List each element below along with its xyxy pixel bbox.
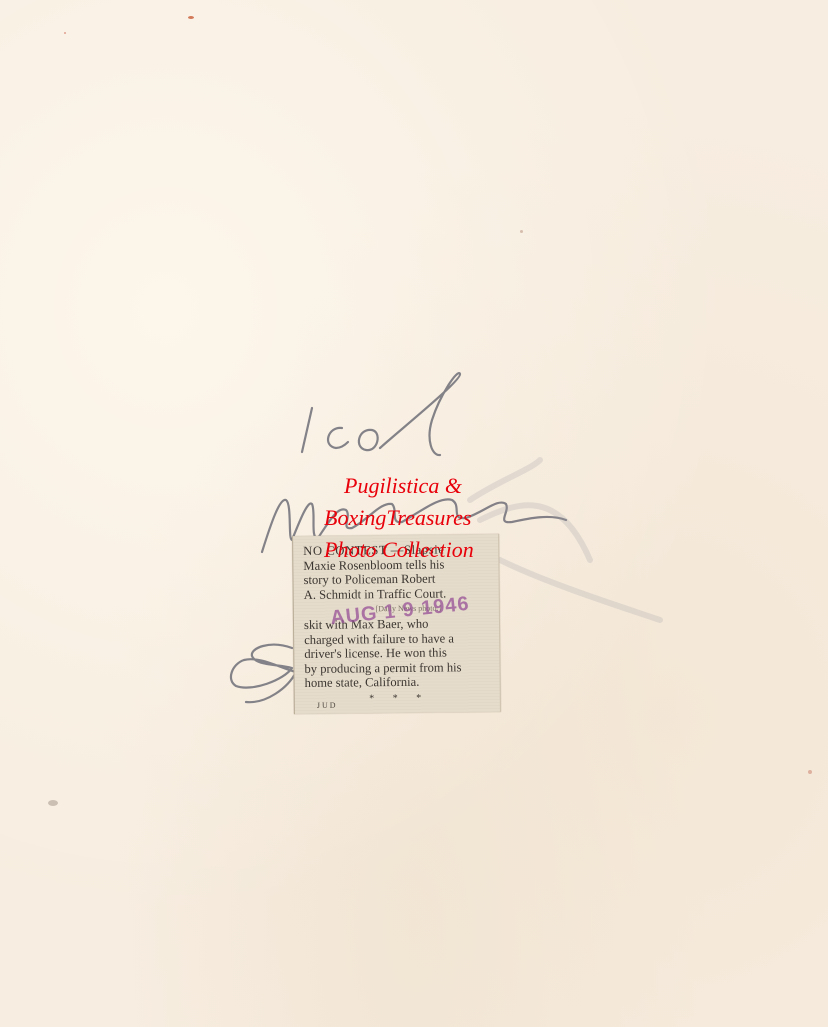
watermark-line: Pugilistica & bbox=[344, 470, 550, 502]
cut-off-text: JUD bbox=[317, 699, 338, 714]
stain-spot bbox=[48, 800, 58, 806]
stain-spot bbox=[808, 770, 812, 774]
watermark-line: Photo Collection bbox=[324, 534, 550, 566]
body-line: home state, California. bbox=[305, 674, 494, 691]
stain-spot bbox=[64, 32, 66, 34]
watermark-line: BoxingTreasures bbox=[324, 502, 550, 534]
stain-spot bbox=[520, 230, 523, 233]
collection-watermark: Pugilistica & BoxingTreasures Photo Coll… bbox=[300, 470, 550, 566]
stain-spot bbox=[188, 16, 194, 19]
